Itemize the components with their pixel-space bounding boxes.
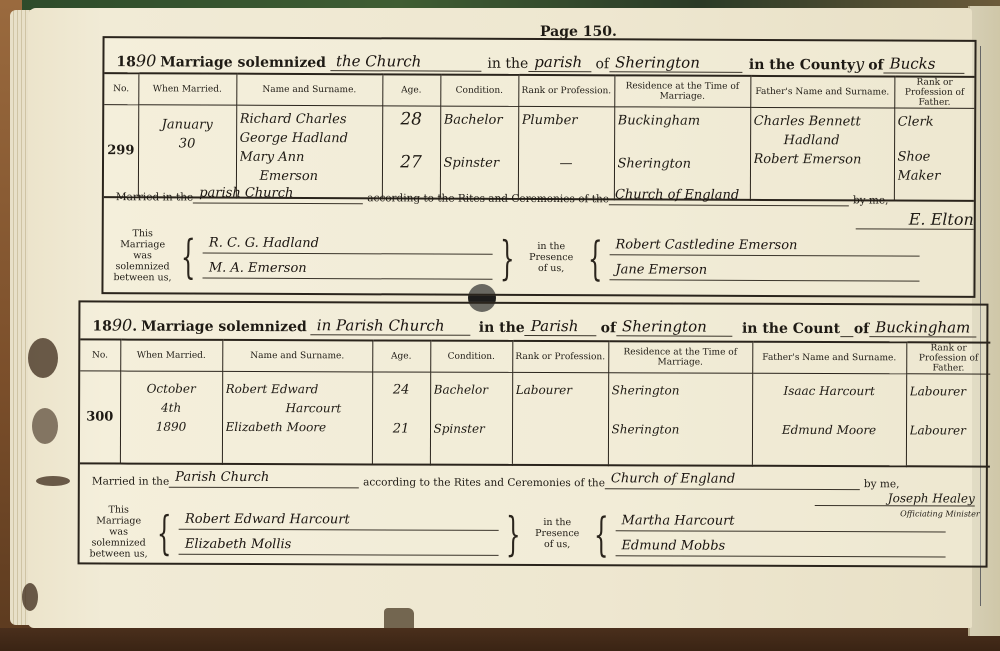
label-of: of [854,321,869,337]
solemnized-at: the Church [330,52,482,72]
groom-name: George Hadland [240,129,379,149]
officiant-signature: E. Elton [856,209,974,230]
ranks: Plumber — [518,106,614,198]
marriage-entry-299: 1890 Marriage solemnized the Church in t… [101,36,976,298]
ink-stain [32,408,58,444]
col-name: Name and Surname. [236,74,382,106]
label-county: in the County [749,57,855,73]
marriage-entry-300: 1890. Marriage solemnized in Parish Chur… [78,300,989,567]
year-suffix: 90 [112,316,132,335]
witness-signature: Edmund Mobbs [615,537,945,557]
bride-signature: Elizabeth Mollis [179,535,499,555]
married-in-line: Married in the Parish Church according t… [92,468,976,490]
label-in-the: in the [479,320,525,336]
officiant-signature: Joseph Healey [815,491,975,507]
parish-name: Sherington [609,53,743,73]
county-name: Buckingham [869,318,976,337]
rites-of: Church of England [609,186,849,206]
col-age: Age. [382,74,440,106]
parties-signatures: R. C. G. Hadland M. A. Emerson [203,234,493,279]
col-father-rank: Rank or Profession of Father. [894,77,974,109]
brace-left: { [181,236,196,276]
parish-name: Sherington [616,317,732,336]
bride-signature: M. A. Emerson [203,259,493,279]
table-row: 300 October 4th 1890 Robert Edward Harco… [80,371,990,466]
entry-number: 299 [104,105,138,197]
col-residence: Residence at the Time of Marriage. [608,341,752,373]
label-marriage-solemnized: Marriage solemnized [160,54,326,71]
signatures-block: This Marriagewassolemnizedbetween us, { … [111,228,963,287]
groom-name: Robert Edward [226,380,369,399]
brace-right: } [500,237,515,277]
witness-signatures: Robert Castledine Emerson Jane Emerson [609,236,919,281]
col-father-rank: Rank or Profession of Father. [906,342,990,374]
label-this-marriage: This Marriagewassolemnizedbetween us, [88,504,150,559]
year-prefix: 18 [92,318,112,334]
label-presence: in thePresenceof us, [528,517,586,550]
label-this-marriage: This Marriagewassolemnizedbetween us, [111,228,173,283]
brace-left: { [587,238,602,278]
rites-of: Church of England [605,470,860,490]
groom-signature: Robert Edward Harcourt [179,510,499,530]
witness-signatures: Martha Harcourt Edmund Mobbs [615,512,945,557]
label-presence: in thePresenceof us, [522,241,580,274]
ages: 24 21 [372,372,430,464]
conditions: Bachelor Spinster [430,372,512,464]
col-age: Age. [372,340,430,372]
brace-left: { [157,512,172,552]
col-no: No. [80,339,120,371]
label-county: in the Count [742,321,840,337]
entry-number: 300 [80,371,120,463]
fathers-ranks: Labourer Labourer [906,374,990,466]
names: Robert Edward Harcourt Elizabeth Moore [222,371,372,464]
ranks: Labourer [512,372,608,464]
col-rank: Rank or Profession. [518,75,614,107]
groom-signature: R. C. G. Hadland [203,234,493,254]
witness-signature: Robert Castledine Emerson [609,236,919,256]
witness-signature: Martha Harcourt [616,512,946,532]
groom-name: Richard Charles [240,110,379,130]
ink-stain [36,476,70,486]
label-of: of [868,57,883,73]
residences: Sherington Sherington [608,373,752,466]
brace-right: } [506,513,521,553]
bride-name: Emerson [239,167,378,187]
county-suffix: y [855,54,864,73]
entry-heading: 1890. Marriage solemnized in Parish Chur… [92,308,976,337]
year-prefix: 18 [116,54,136,70]
year-suffix: 90 [136,51,156,70]
married-in-place: Parish Church [169,469,359,489]
paper-damage [384,608,414,628]
when-married: January 30 [138,105,236,197]
label-of: of [601,320,616,336]
ink-stain [22,583,38,611]
married-in-line: Married in the parish Church according t… [116,184,964,207]
county-name: Bucks [884,55,965,74]
col-when-married: When Married. [120,340,222,372]
place-type: parish [528,53,591,72]
when-married: October 4th 1890 [120,371,222,463]
col-residence: Residence at the Time of Marriage. [614,75,750,107]
label-marriage-solemnized: Marriage solemnized [141,319,307,336]
desk-background-bottom [0,628,1000,651]
place-type: Parish [525,317,597,336]
col-father: Father's Name and Surname. [750,76,894,108]
groom-name: Harcourt [226,399,369,418]
solemnized-at: in Parish Church [311,316,471,336]
label-in-the: in the [487,56,528,72]
register-table: No. When Married. Name and Surname. Age.… [80,338,990,467]
married-in-place: parish Church [193,184,363,204]
col-rank: Rank or Profession. [512,341,608,373]
col-when-married: When Married. [138,73,236,105]
conditions: Bachelor Spinster [440,106,518,198]
fathers: Isaac Harcourt Edmund Moore [752,373,906,466]
col-father: Father's Name and Surname. [752,342,906,374]
brace-left: { [593,514,608,554]
col-condition: Condition. [430,341,512,373]
label-of: of [595,56,609,72]
ages: 28 27 [382,106,440,198]
entry-heading: 1890 Marriage solemnized the Church in t… [116,44,964,74]
bride-name: Mary Ann [239,148,378,168]
ink-stain [28,338,58,378]
county-suffix [840,319,854,337]
witness-signature: Jane Emerson [609,261,919,281]
fathers-ranks: Clerk Shoe Maker [894,108,974,200]
bride-name: Elizabeth Moore [225,418,368,437]
signatures-block: This Marriagewassolemnizedbetween us, { … [88,504,976,562]
col-no: No. [104,73,138,105]
parties-signatures: Robert Edward Harcourt Elizabeth Mollis [179,510,499,555]
register-table: No. When Married. Name and Surname. Age.… [104,72,975,201]
col-condition: Condition. [440,75,518,107]
col-name: Name and Surname. [222,340,372,372]
